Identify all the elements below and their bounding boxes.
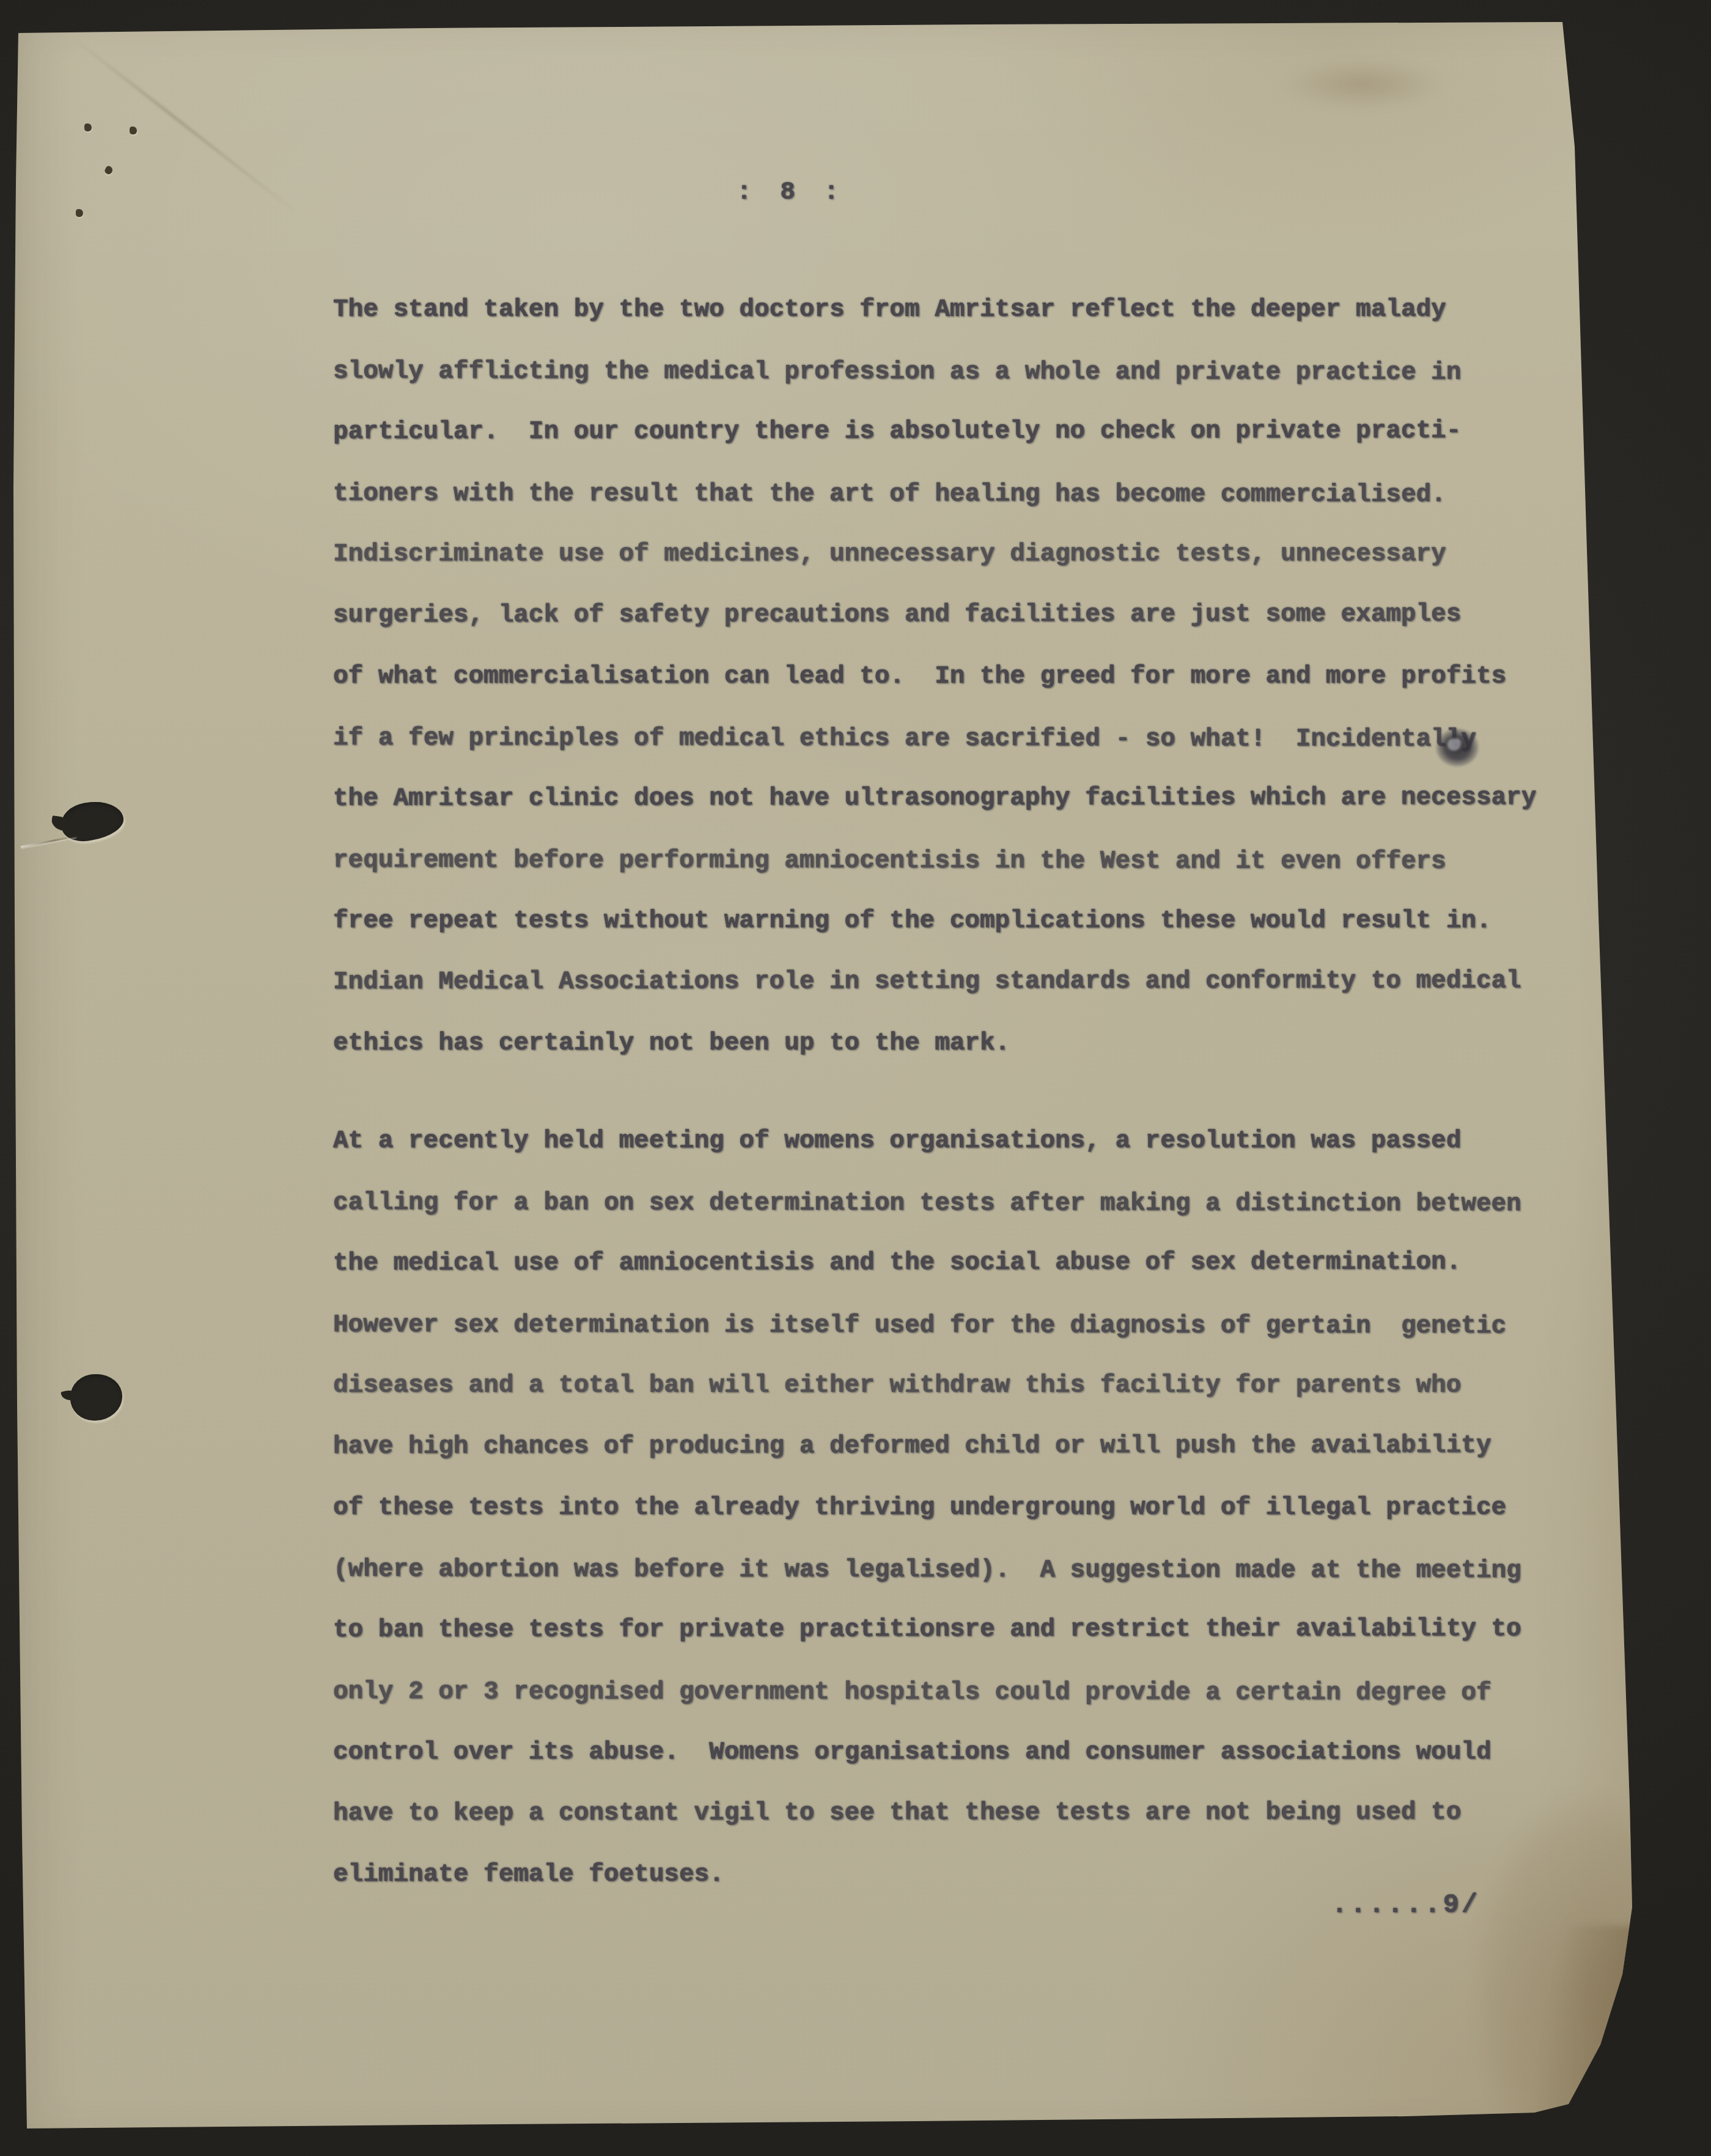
pin-hole — [76, 209, 83, 217]
typed-line: particular. In our country there is abso… — [333, 413, 1574, 476]
typed-line: have high chances of producing a deforme… — [333, 1428, 1574, 1490]
typed-line: slowly afflicting the medical profession… — [333, 354, 1574, 416]
typed-line: free repeat tests without warning of the… — [333, 903, 1574, 965]
typed-line: of what commercialisation can lead to. I… — [333, 659, 1574, 720]
pin-hole — [84, 123, 92, 131]
pin-hole — [130, 127, 137, 134]
typed-line: of these tests into the already thriving… — [333, 1490, 1574, 1551]
pin-hole — [104, 165, 114, 175]
typed-line: (where abortion was before it was legali… — [333, 1552, 1574, 1614]
typed-line: However sex determination is itself used… — [333, 1308, 1574, 1370]
typed-line: if a few principles of medical ethics ar… — [333, 721, 1574, 783]
typed-line: control over its abuse. Womens organisat… — [333, 1735, 1574, 1796]
typed-line: only 2 or 3 recognised government hospit… — [333, 1674, 1574, 1737]
paragraph: At a recently held meeting of womens org… — [333, 1124, 1574, 1918]
paper-stain-top — [1247, 55, 1479, 128]
typed-line: Indian Medical Associations role in sett… — [333, 963, 1574, 1026]
typed-line: surgeries, lack of safety precautions an… — [333, 597, 1574, 659]
ink-blot — [1429, 723, 1485, 773]
typed-line: At a recently held meeting of womens org… — [333, 1124, 1574, 1185]
paper-crease — [72, 37, 324, 234]
typed-line: Indiscriminate use of medicines, unneces… — [333, 537, 1574, 598]
typed-line: requirement before performing amniocenti… — [333, 843, 1574, 905]
typed-line: to ban these tests for private practitio… — [333, 1611, 1574, 1674]
tear-line — [21, 835, 76, 847]
scanner-background: : 8 : The stand taken by the two doctors… — [0, 0, 1711, 2156]
typed-line: tioners with the result that the art of … — [333, 476, 1574, 539]
typed-line: diseases and a total ban will either wit… — [333, 1368, 1574, 1429]
typed-line: have to keep a constant vigil to see tha… — [333, 1795, 1574, 1857]
paper-stain-edge — [1516, 1926, 1638, 2127]
document-page: : 8 : The stand taken by the two doctors… — [0, 0, 1711, 2156]
punch-hole-bottom — [70, 1374, 122, 1421]
typed-line: ethics has certainly not been up to the … — [333, 1026, 1574, 1087]
typed-line: the Amritsar clinic does not have ultras… — [333, 780, 1574, 842]
page-number: : 8 : — [737, 178, 845, 207]
continuation-mark: ......9/ — [1331, 1890, 1480, 1921]
typed-line: calling for a ban on sex determination t… — [333, 1185, 1574, 1248]
paragraph: The stand taken by the two doctors from … — [333, 292, 1574, 1087]
typed-line: the medical use of amniocentisis and the… — [333, 1245, 1574, 1307]
typed-line: The stand taken by the two doctors from … — [333, 292, 1574, 353]
text-block: The stand taken by the two doctors from … — [333, 292, 1574, 1918]
